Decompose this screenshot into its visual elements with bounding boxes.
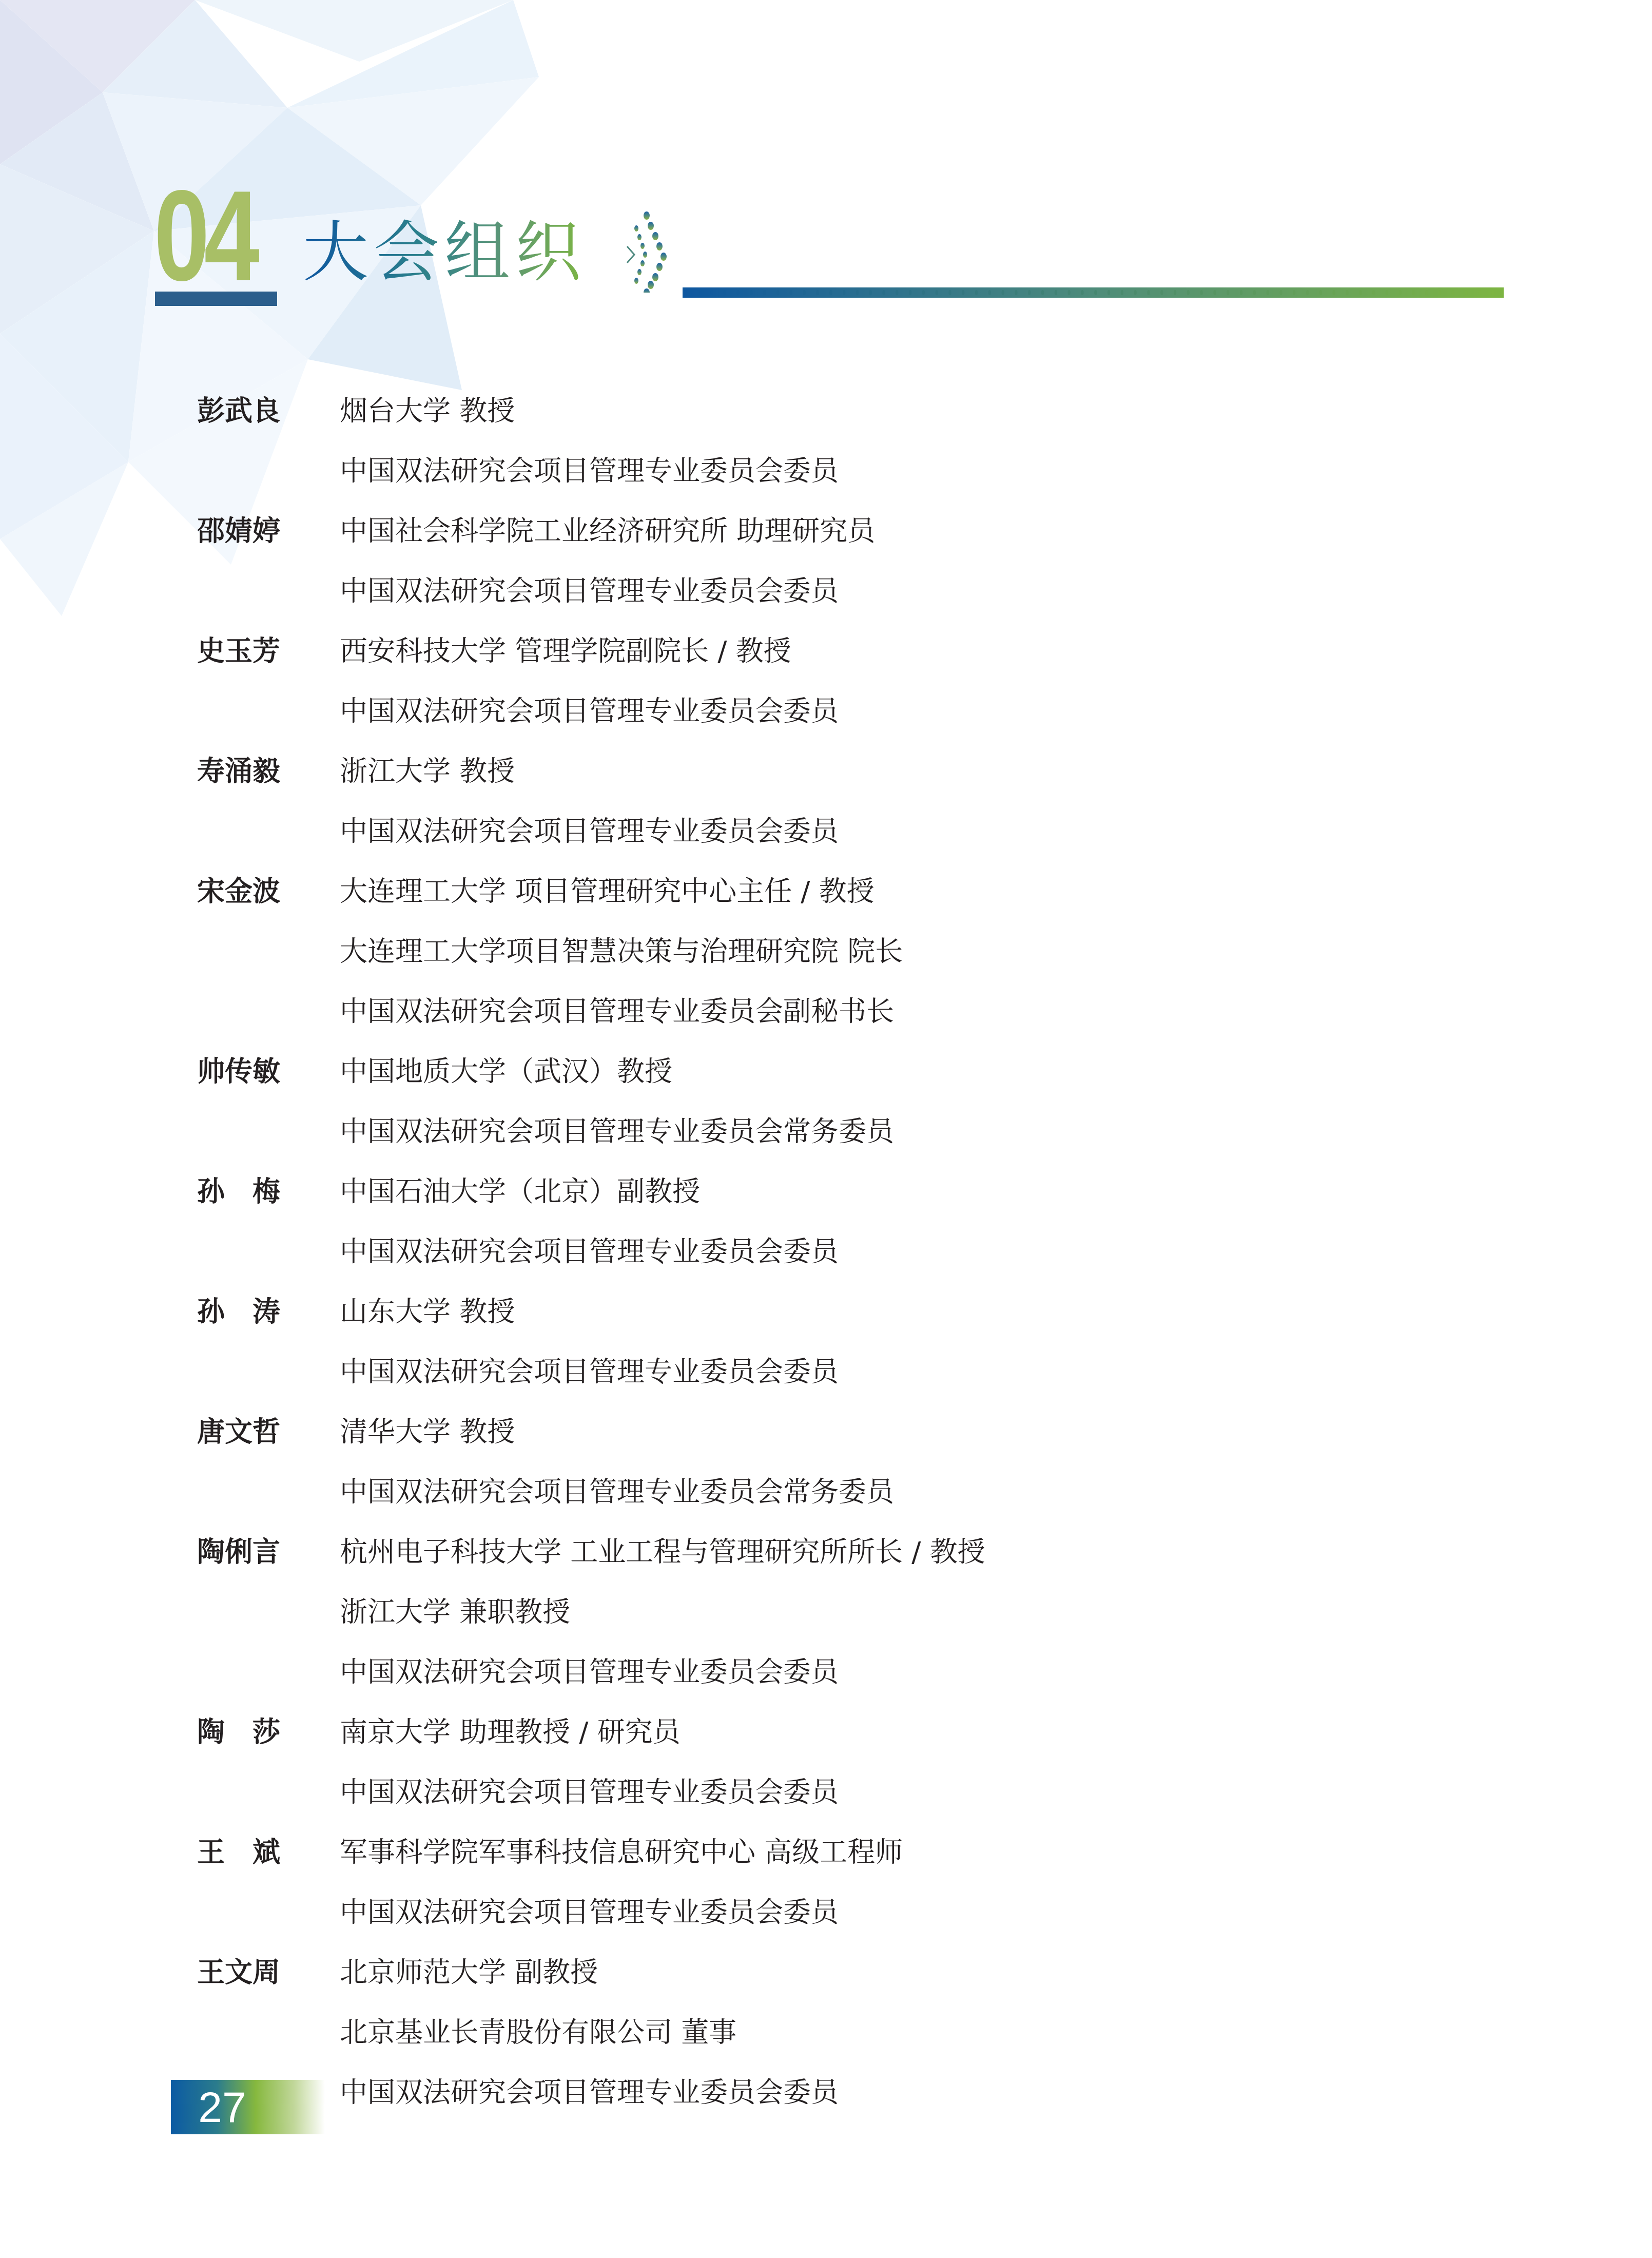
- member-affiliations: 杭州电子科技大学 工业工程与管理研究所所长 / 教授浙江大学 兼职教授中国双法研…: [340, 1522, 1480, 1702]
- dotted-divider: [683, 287, 1504, 298]
- section-header: 04 大会组织: [154, 185, 1540, 308]
- affiliation-line: 中国社会科学院工业经济研究所 助理研究员: [340, 501, 1480, 561]
- member-entry: 宋金波大连理工大学 项目管理研究中心主任 / 教授大连理工大学项目智慧决策与治理…: [197, 861, 1480, 1041]
- affiliation-line: 中国双法研究会项目管理专业委员会委员: [340, 2062, 1480, 2122]
- affiliation-line: 中国双法研究会项目管理专业委员会委员: [340, 681, 1480, 741]
- page-number: 27: [171, 2080, 274, 2134]
- member-entry: 彭武良烟台大学 教授中国双法研究会项目管理专业委员会委员: [197, 381, 1480, 501]
- member-affiliations: 中国地质大学（武汉）教授中国双法研究会项目管理专业委员会常务委员: [340, 1041, 1480, 1162]
- member-entry: 寿涌毅浙江大学 教授中国双法研究会项目管理专业委员会委员: [197, 741, 1480, 861]
- member-name: 史玉芳: [197, 621, 340, 741]
- affiliation-line: 烟台大学 教授: [340, 381, 1480, 441]
- member-affiliations: 大连理工大学 项目管理研究中心主任 / 教授大连理工大学项目智慧决策与治理研究院…: [340, 861, 1480, 1041]
- member-name: 彭武良: [197, 381, 340, 501]
- affiliation-line: 大连理工大学项目智慧决策与治理研究院 院长: [340, 921, 1480, 981]
- affiliation-line: 山东大学 教授: [340, 1282, 1480, 1342]
- member-name: 王 斌: [197, 1822, 340, 1942]
- member-entry: 唐文哲清华大学 教授中国双法研究会项目管理专业委员会常务委员: [197, 1402, 1480, 1522]
- member-affiliations: 烟台大学 教授中国双法研究会项目管理专业委员会委员: [340, 381, 1480, 501]
- member-name: 唐文哲: [197, 1402, 340, 1522]
- affiliation-line: 中国双法研究会项目管理专业委员会常务委员: [340, 1102, 1480, 1162]
- affiliation-line: 中国双法研究会项目管理专业委员会委员: [340, 1762, 1480, 1822]
- member-entry: 孙 梅中国石油大学（北京）副教授中国双法研究会项目管理专业委员会委员: [197, 1162, 1480, 1282]
- member-entry: 陶 莎南京大学 助理教授 / 研究员中国双法研究会项目管理专业委员会委员: [197, 1702, 1480, 1822]
- member-entry: 陶俐言杭州电子科技大学 工业工程与管理研究所所长 / 教授浙江大学 兼职教授中国…: [197, 1522, 1480, 1702]
- section-number-underline: [155, 292, 277, 306]
- affiliation-line: 中国双法研究会项目管理专业委员会委员: [340, 801, 1480, 861]
- member-name: 宋金波: [197, 861, 340, 1041]
- member-affiliations: 中国石油大学（北京）副教授中国双法研究会项目管理专业委员会委员: [340, 1162, 1480, 1282]
- member-name: 孙 涛: [197, 1282, 340, 1402]
- affiliation-line: 中国双法研究会项目管理专业委员会副秘书长: [340, 981, 1480, 1041]
- member-affiliations: 清华大学 教授中国双法研究会项目管理专业委员会常务委员: [340, 1402, 1480, 1522]
- member-name: 帅传敏: [197, 1041, 340, 1162]
- affiliation-line: 中国双法研究会项目管理专业委员会委员: [340, 1642, 1480, 1702]
- dotted-chevron-icon: [616, 210, 677, 293]
- member-affiliations: 西安科技大学 管理学院副院长 / 教授中国双法研究会项目管理专业委员会委员: [340, 621, 1480, 741]
- affiliation-line: 北京基业长青股份有限公司 董事: [340, 2002, 1480, 2062]
- affiliation-line: 中国双法研究会项目管理专业委员会委员: [340, 441, 1480, 501]
- member-affiliations: 南京大学 助理教授 / 研究员中国双法研究会项目管理专业委员会委员: [340, 1702, 1480, 1822]
- affiliation-line: 中国石油大学（北京）副教授: [340, 1162, 1480, 1222]
- member-entry: 邵婧婷中国社会科学院工业经济研究所 助理研究员中国双法研究会项目管理专业委员会委…: [197, 501, 1480, 621]
- member-name: 邵婧婷: [197, 501, 340, 621]
- member-name: 陶俐言: [197, 1522, 340, 1702]
- affiliation-line: 中国双法研究会项目管理专业委员会委员: [340, 561, 1480, 621]
- affiliation-line: 清华大学 教授: [340, 1402, 1480, 1462]
- committee-member-list: 彭武良烟台大学 教授中国双法研究会项目管理专业委员会委员邵婧婷中国社会科学院工业…: [197, 381, 1480, 2122]
- member-affiliations: 浙江大学 教授中国双法研究会项目管理专业委员会委员: [340, 741, 1480, 861]
- affiliation-line: 浙江大学 兼职教授: [340, 1582, 1480, 1642]
- affiliation-line: 大连理工大学 项目管理研究中心主任 / 教授: [340, 861, 1480, 921]
- section-title: 大会组织: [303, 215, 586, 292]
- affiliation-line: 中国双法研究会项目管理专业委员会委员: [340, 1222, 1480, 1282]
- affiliation-line: 中国地质大学（武汉）教授: [340, 1041, 1480, 1102]
- member-affiliations: 中国社会科学院工业经济研究所 助理研究员中国双法研究会项目管理专业委员会委员: [340, 501, 1480, 621]
- member-name: 寿涌毅: [197, 741, 340, 861]
- affiliation-line: 杭州电子科技大学 工业工程与管理研究所所长 / 教授: [340, 1522, 1480, 1582]
- member-affiliations: 军事科学院军事科技信息研究中心 高级工程师中国双法研究会项目管理专业委员会委员: [340, 1822, 1480, 1942]
- affiliation-line: 浙江大学 教授: [340, 741, 1480, 801]
- member-name: 孙 梅: [197, 1162, 340, 1282]
- affiliation-line: 北京师范大学 副教授: [340, 1942, 1480, 2002]
- member-affiliations: 北京师范大学 副教授北京基业长青股份有限公司 董事中国双法研究会项目管理专业委员…: [340, 1942, 1480, 2122]
- affiliation-line: 军事科学院军事科技信息研究中心 高级工程师: [340, 1822, 1480, 1882]
- affiliation-line: 南京大学 助理教授 / 研究员: [340, 1702, 1480, 1762]
- member-name: 陶 莎: [197, 1702, 340, 1822]
- page-number-badge: 27: [171, 2080, 325, 2134]
- member-entry: 王 斌军事科学院军事科技信息研究中心 高级工程师中国双法研究会项目管理专业委员会…: [197, 1822, 1480, 1942]
- affiliation-line: 西安科技大学 管理学院副院长 / 教授: [340, 621, 1480, 681]
- member-entry: 史玉芳西安科技大学 管理学院副院长 / 教授中国双法研究会项目管理专业委员会委员: [197, 621, 1480, 741]
- affiliation-line: 中国双法研究会项目管理专业委员会委员: [340, 1342, 1480, 1402]
- member-affiliations: 山东大学 教授中国双法研究会项目管理专业委员会委员: [340, 1282, 1480, 1402]
- member-entry: 孙 涛山东大学 教授中国双法研究会项目管理专业委员会委员: [197, 1282, 1480, 1402]
- affiliation-line: 中国双法研究会项目管理专业委员会常务委员: [340, 1462, 1480, 1522]
- section-number: 04: [154, 185, 254, 287]
- member-entry: 帅传敏中国地质大学（武汉）教授中国双法研究会项目管理专业委员会常务委员: [197, 1041, 1480, 1162]
- affiliation-line: 中国双法研究会项目管理专业委员会委员: [340, 1882, 1480, 1942]
- member-entry: 王文周北京师范大学 副教授北京基业长青股份有限公司 董事中国双法研究会项目管理专…: [197, 1942, 1480, 2122]
